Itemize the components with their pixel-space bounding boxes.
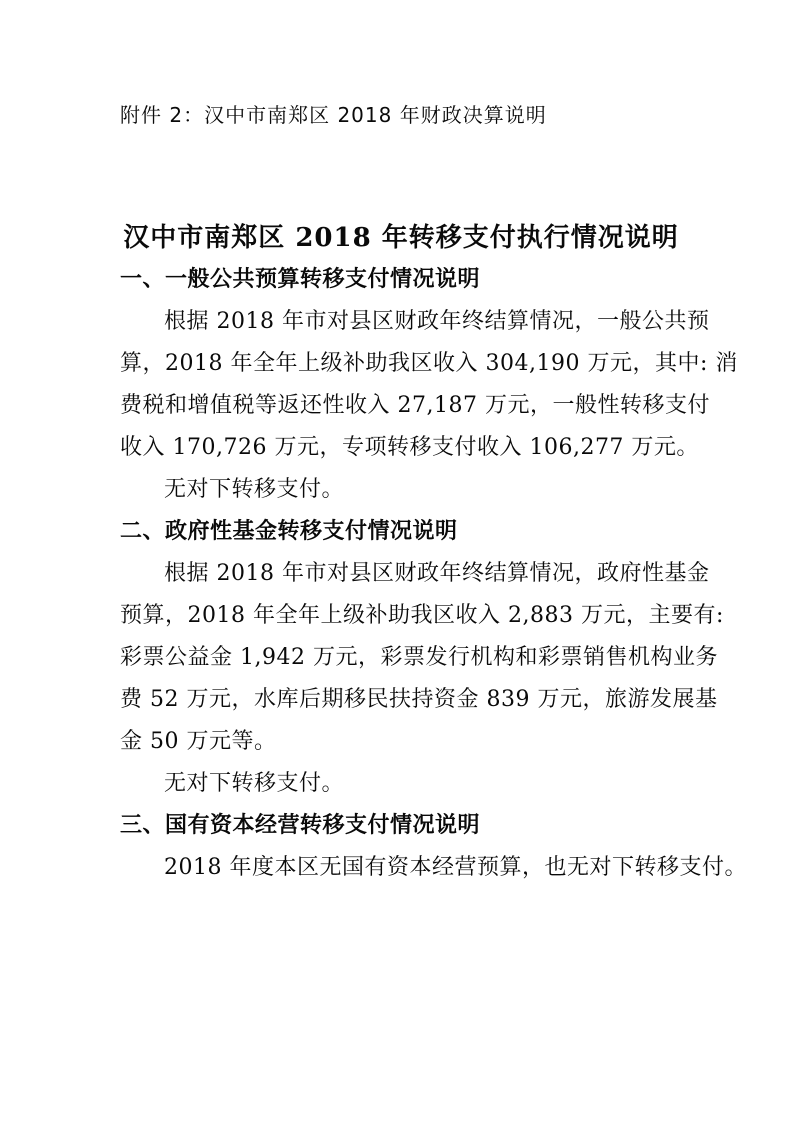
- section-2-paragraph-line: 费 52 万元，水库后期移民扶持资金 839 万元，旅游发展基: [120, 679, 682, 721]
- section-2-note-line: 无对下转移支付。: [120, 763, 682, 805]
- document-title: 汉中市南郑区 2018 年转移支付执行情况说明: [120, 224, 682, 252]
- section-1-paragraph-line: 算，2018 年全年上级补助我区收入 304,190 万元，其中: 消: [120, 343, 682, 385]
- section-2-paragraph-line: 金 50 万元等。: [120, 721, 682, 763]
- section-1-paragraph-line: 收入 170,726 万元，专项转移支付收入 106,277 万元。: [120, 427, 682, 469]
- section-1-note-line: 无对下转移支付。: [120, 469, 682, 511]
- section-general-public-budget-transfer: 一、一般公共预算转移支付情况说明 根据 2018 年市对县区财政年终结算情况，一…: [120, 259, 682, 511]
- document-page: 附件 2：汉中市南郑区 2018 年财政决算说明 汉中市南郑区 2018 年转移…: [0, 0, 793, 1122]
- section-1-heading: 一、一般公共预算转移支付情况说明: [120, 259, 682, 301]
- section-state-capital-transfer: 三、国有资本经营转移支付情况说明 2018 年度本区无国有资本经营预算，也无对下…: [120, 805, 682, 889]
- section-1-paragraph-line: 根据 2018 年市对县区财政年终结算情况，一般公共预: [120, 301, 682, 343]
- section-2-paragraph-line: 根据 2018 年市对县区财政年终结算情况，政府性基金: [120, 553, 682, 595]
- section-government-fund-transfer: 二、政府性基金转移支付情况说明 根据 2018 年市对县区财政年终结算情况，政府…: [120, 511, 682, 805]
- section-3-heading: 三、国有资本经营转移支付情况说明: [120, 805, 682, 847]
- section-1-paragraph-line: 费税和增值税等返还性收入 27,187 万元，一般性转移支付: [120, 385, 682, 427]
- section-2-paragraph-line: 彩票公益金 1,942 万元，彩票发行机构和彩票销售机构业务: [120, 637, 682, 679]
- attachment-header: 附件 2：汉中市南郑区 2018 年财政决算说明: [120, 105, 682, 125]
- section-3-paragraph-line: 2018 年度本区无国有资本经营预算，也无对下转移支付。: [120, 847, 682, 889]
- document-body: 一、一般公共预算转移支付情况说明 根据 2018 年市对县区财政年终结算情况，一…: [120, 259, 682, 889]
- section-2-heading: 二、政府性基金转移支付情况说明: [120, 511, 682, 553]
- section-2-paragraph-line: 预算，2018 年全年上级补助我区收入 2,883 万元，主要有:: [120, 595, 682, 637]
